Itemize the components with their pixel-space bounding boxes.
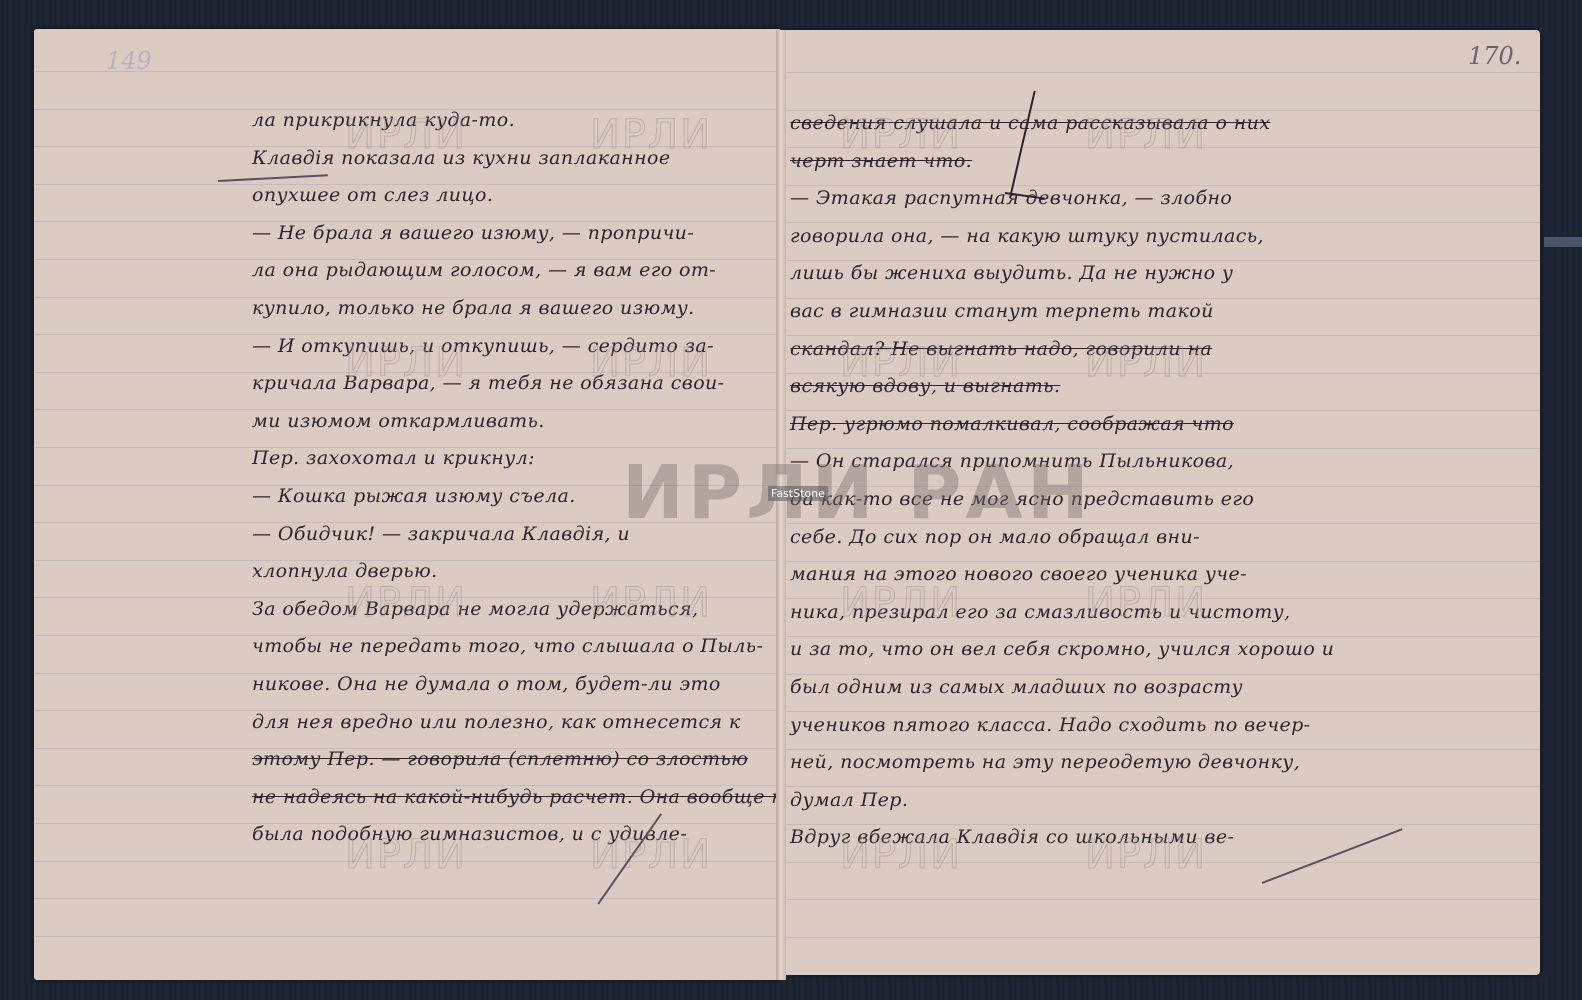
- manuscript-line: — Кошка рыжая изюму съела.: [252, 485, 576, 507]
- ruled-line: [780, 862, 1540, 863]
- manuscript-line: хлопнула дверью.: [252, 560, 438, 582]
- ruled-line: [780, 72, 1540, 73]
- manuscript-line: лишь бы жениха выудить. Да не нужно у: [790, 262, 1233, 284]
- manuscript-line: была подобную гимназистов, и с удивле-: [252, 823, 687, 845]
- ruled-line: [780, 298, 1540, 299]
- manuscript-line: Вдруг вбежала Клавдія со школьными ве-: [790, 826, 1234, 848]
- manuscript-line: и за то, что он вел себя скромно, учился…: [790, 638, 1334, 660]
- manuscript-line: — Обидчик! — закричала Клавдія, и: [252, 523, 630, 545]
- ruled-line: [780, 260, 1540, 261]
- ruled-line: [780, 786, 1540, 787]
- ruled-line: [780, 448, 1540, 449]
- watermark-center: ИРЛИ РАН: [622, 450, 1093, 536]
- manuscript-line: мания на этого нового своего ученика уче…: [790, 563, 1247, 585]
- manuscript-line: сведения слушала и сама рассказывала о н…: [790, 112, 1270, 134]
- ruled-line: [780, 899, 1540, 900]
- manuscript-line: — И откупишь, и откупишь, — сердито за-: [252, 335, 714, 357]
- ruled-line: [780, 674, 1540, 675]
- ruled-line: [780, 147, 1540, 148]
- manuscript-line: был одним из самых младших по возрасту: [790, 676, 1243, 698]
- ruled-line: [780, 636, 1540, 637]
- ruled-line: [34, 936, 780, 937]
- left-folio-number: 149: [106, 47, 152, 75]
- right-folio-number: 170.: [1468, 42, 1521, 70]
- manuscript-line: никове. Она не думала о том, будет-ли эт…: [252, 673, 721, 695]
- ruled-line: [780, 561, 1540, 562]
- manuscript-line: ми изюмом откармливать.: [252, 410, 545, 432]
- ruled-line: [780, 110, 1540, 111]
- manuscript-line: опухшее от слез лицо.: [252, 184, 493, 206]
- bookmark-strip: [1544, 237, 1582, 247]
- manuscript-line: ла прикрикнула куда-то.: [252, 109, 515, 131]
- manuscript-line: для нея вредно или полезно, как отнесетс…: [252, 711, 741, 733]
- ruled-line: [780, 373, 1540, 374]
- ruled-line: [780, 410, 1540, 411]
- ruled-line: [34, 898, 780, 899]
- manuscript-line: — Не брала я вашего изюму, — пропричи-: [252, 222, 694, 244]
- manuscript-line: ника, презирал его за смазливость и чист…: [790, 601, 1291, 623]
- scanner-badge: FastStone: [768, 486, 828, 501]
- manuscript-line: чтобы не передать того, что слышала о Пы…: [252, 635, 763, 657]
- manuscript-line: кричала Варвара, — я тебя не обязана сво…: [252, 372, 724, 394]
- ruled-line: [780, 749, 1540, 750]
- ruled-line: [780, 937, 1540, 938]
- ruled-line: [780, 335, 1540, 336]
- manuscript-line: ла она рыдающим голосом, — я вам его от-: [252, 259, 716, 281]
- manuscript-line: думал Пер.: [790, 789, 908, 811]
- ruled-line: [780, 824, 1540, 825]
- ruled-line: [780, 222, 1540, 223]
- manuscript-line: Пер. угрюмо помалкивал, соображая что: [790, 413, 1234, 435]
- manuscript-line: всякую вдову, и выгнать.: [790, 375, 1060, 397]
- manuscript-line: говорила она, — на какую штуку пустилась…: [790, 225, 1264, 247]
- manuscript-line: не надеясь на какой-нибудь расчет. Она в…: [252, 786, 780, 808]
- manuscript-line: скандал? Не выгнать надо, говорили на: [790, 338, 1212, 360]
- manuscript-line: этому Пер. — говорила (сплетню) со злост…: [252, 748, 748, 770]
- ruled-line: [34, 861, 780, 862]
- ruled-line: [780, 711, 1540, 712]
- ruled-line: [780, 598, 1540, 599]
- manuscript-line: черт знает что.: [790, 150, 972, 172]
- manuscript-line: ней, посмотреть на эту переодетую девчон…: [790, 751, 1300, 773]
- manuscript-line: Пер. захохотал и крикнул:: [252, 447, 535, 469]
- manuscript-line: вас в гимназии станут терпеть такой: [790, 300, 1214, 322]
- manuscript-line: За обедом Варвара не могла удержаться,: [252, 598, 698, 620]
- manuscript-line: Клавдія показала из кухни заплаканное: [252, 147, 671, 169]
- manuscript-line: учеников пятого класса. Надо сходить по …: [790, 714, 1311, 736]
- ruled-line: [780, 185, 1540, 186]
- manuscript-line: купило, только не брала я вашего изюму.: [252, 297, 695, 319]
